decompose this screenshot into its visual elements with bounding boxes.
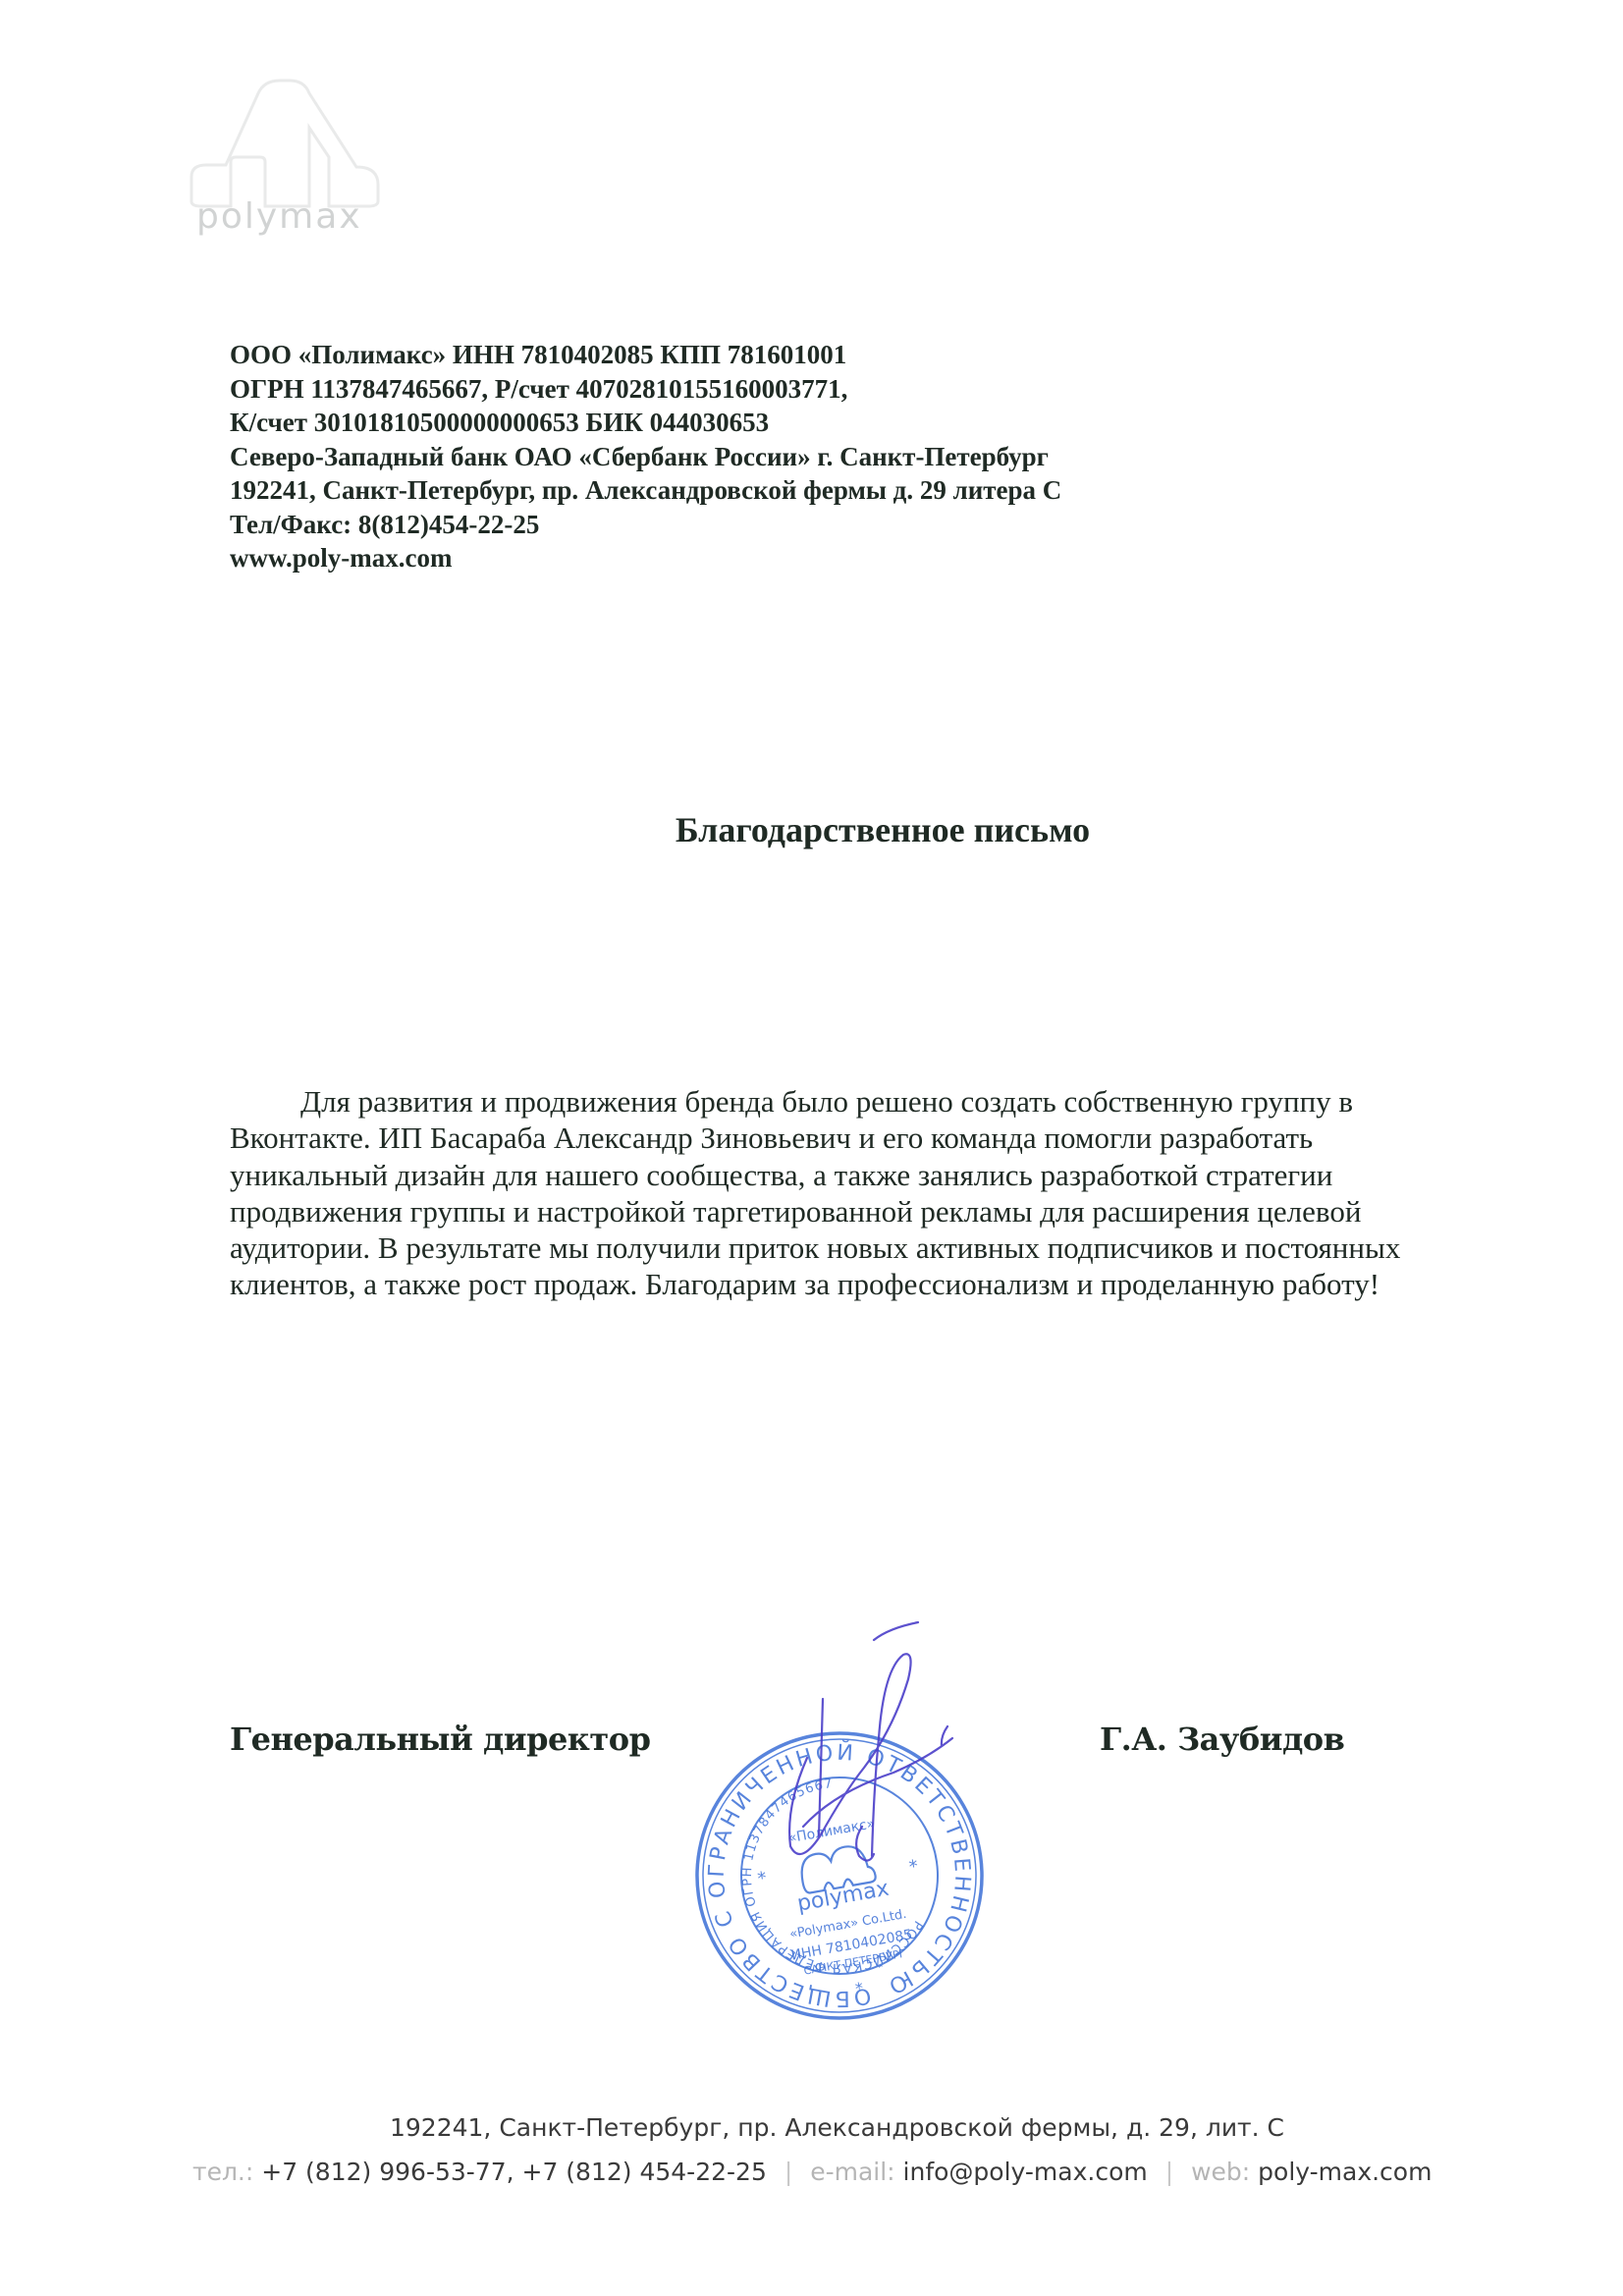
email-label: e-mail: — [810, 2158, 894, 2186]
web-label: web: — [1191, 2158, 1250, 2186]
body-line: клиентов, а также рост продаж. Благодари… — [230, 1266, 1477, 1302]
footer-address: 192241, Санкт-Петербург, пр. Александров… — [0, 2113, 1623, 2142]
handwritten-signature-icon — [746, 1620, 1100, 1876]
body-line: Для развития и продвижения бренда было р… — [230, 1083, 1477, 1120]
signatory-name: Г.А. Заубидов — [1100, 1721, 1344, 1758]
signatory-role: Генеральный директор — [230, 1721, 650, 1758]
footer-phones: +7 (812) 996-53-77, +7 (812) 454-22-25 — [261, 2158, 767, 2186]
logo-wordmark: polymax — [196, 196, 362, 237]
requisites-website: www.poly-max.com — [230, 541, 1061, 575]
body-line: Вконтакте. ИП Басараба Александр Зиновье… — [230, 1120, 1477, 1156]
footer-contacts: тел.: +7 (812) 996-53-77, +7 (812) 454-2… — [192, 2158, 1432, 2186]
footer-email-link[interactable]: info@poly-max.com — [903, 2158, 1148, 2186]
requisites-line: Тел/Факс: 8(812)454-22-25 — [230, 508, 1061, 542]
body-line: продвижения группы и настройкой таргетир… — [230, 1193, 1477, 1230]
requisites-line: Северо-Западный банк ОАО «Сбербанк Росси… — [230, 440, 1061, 474]
divider: | — [1156, 2158, 1183, 2186]
divider: | — [775, 2158, 802, 2186]
requisites-line: ООО «Полимакс» ИНН 7810402085 КПП 781601… — [230, 338, 1061, 372]
requisites-line: К/счет 30101810500000000653 БИК 04403065… — [230, 406, 1061, 440]
letter-body: Для развития и продвижения бренда было р… — [230, 1083, 1477, 1303]
seal-logo-text: polymax — [795, 1877, 891, 1917]
phone-label: тел.: — [192, 2158, 253, 2186]
company-requisites: ООО «Полимакс» ИНН 7810402085 КПП 781601… — [230, 338, 1061, 575]
body-line: аудитории. В результате мы получили прит… — [230, 1230, 1477, 1266]
document-title: Благодарственное письмо — [0, 809, 1623, 850]
requisites-line: ОГРН 1137847465667, Р/счет 4070281015516… — [230, 372, 1061, 407]
footer-web-link[interactable]: poly-max.com — [1258, 2158, 1432, 2186]
body-line: уникальный дизайн для нашего сообщества,… — [230, 1157, 1477, 1193]
requisites-line: 192241, Санкт-Петербург, пр. Александров… — [230, 473, 1061, 508]
